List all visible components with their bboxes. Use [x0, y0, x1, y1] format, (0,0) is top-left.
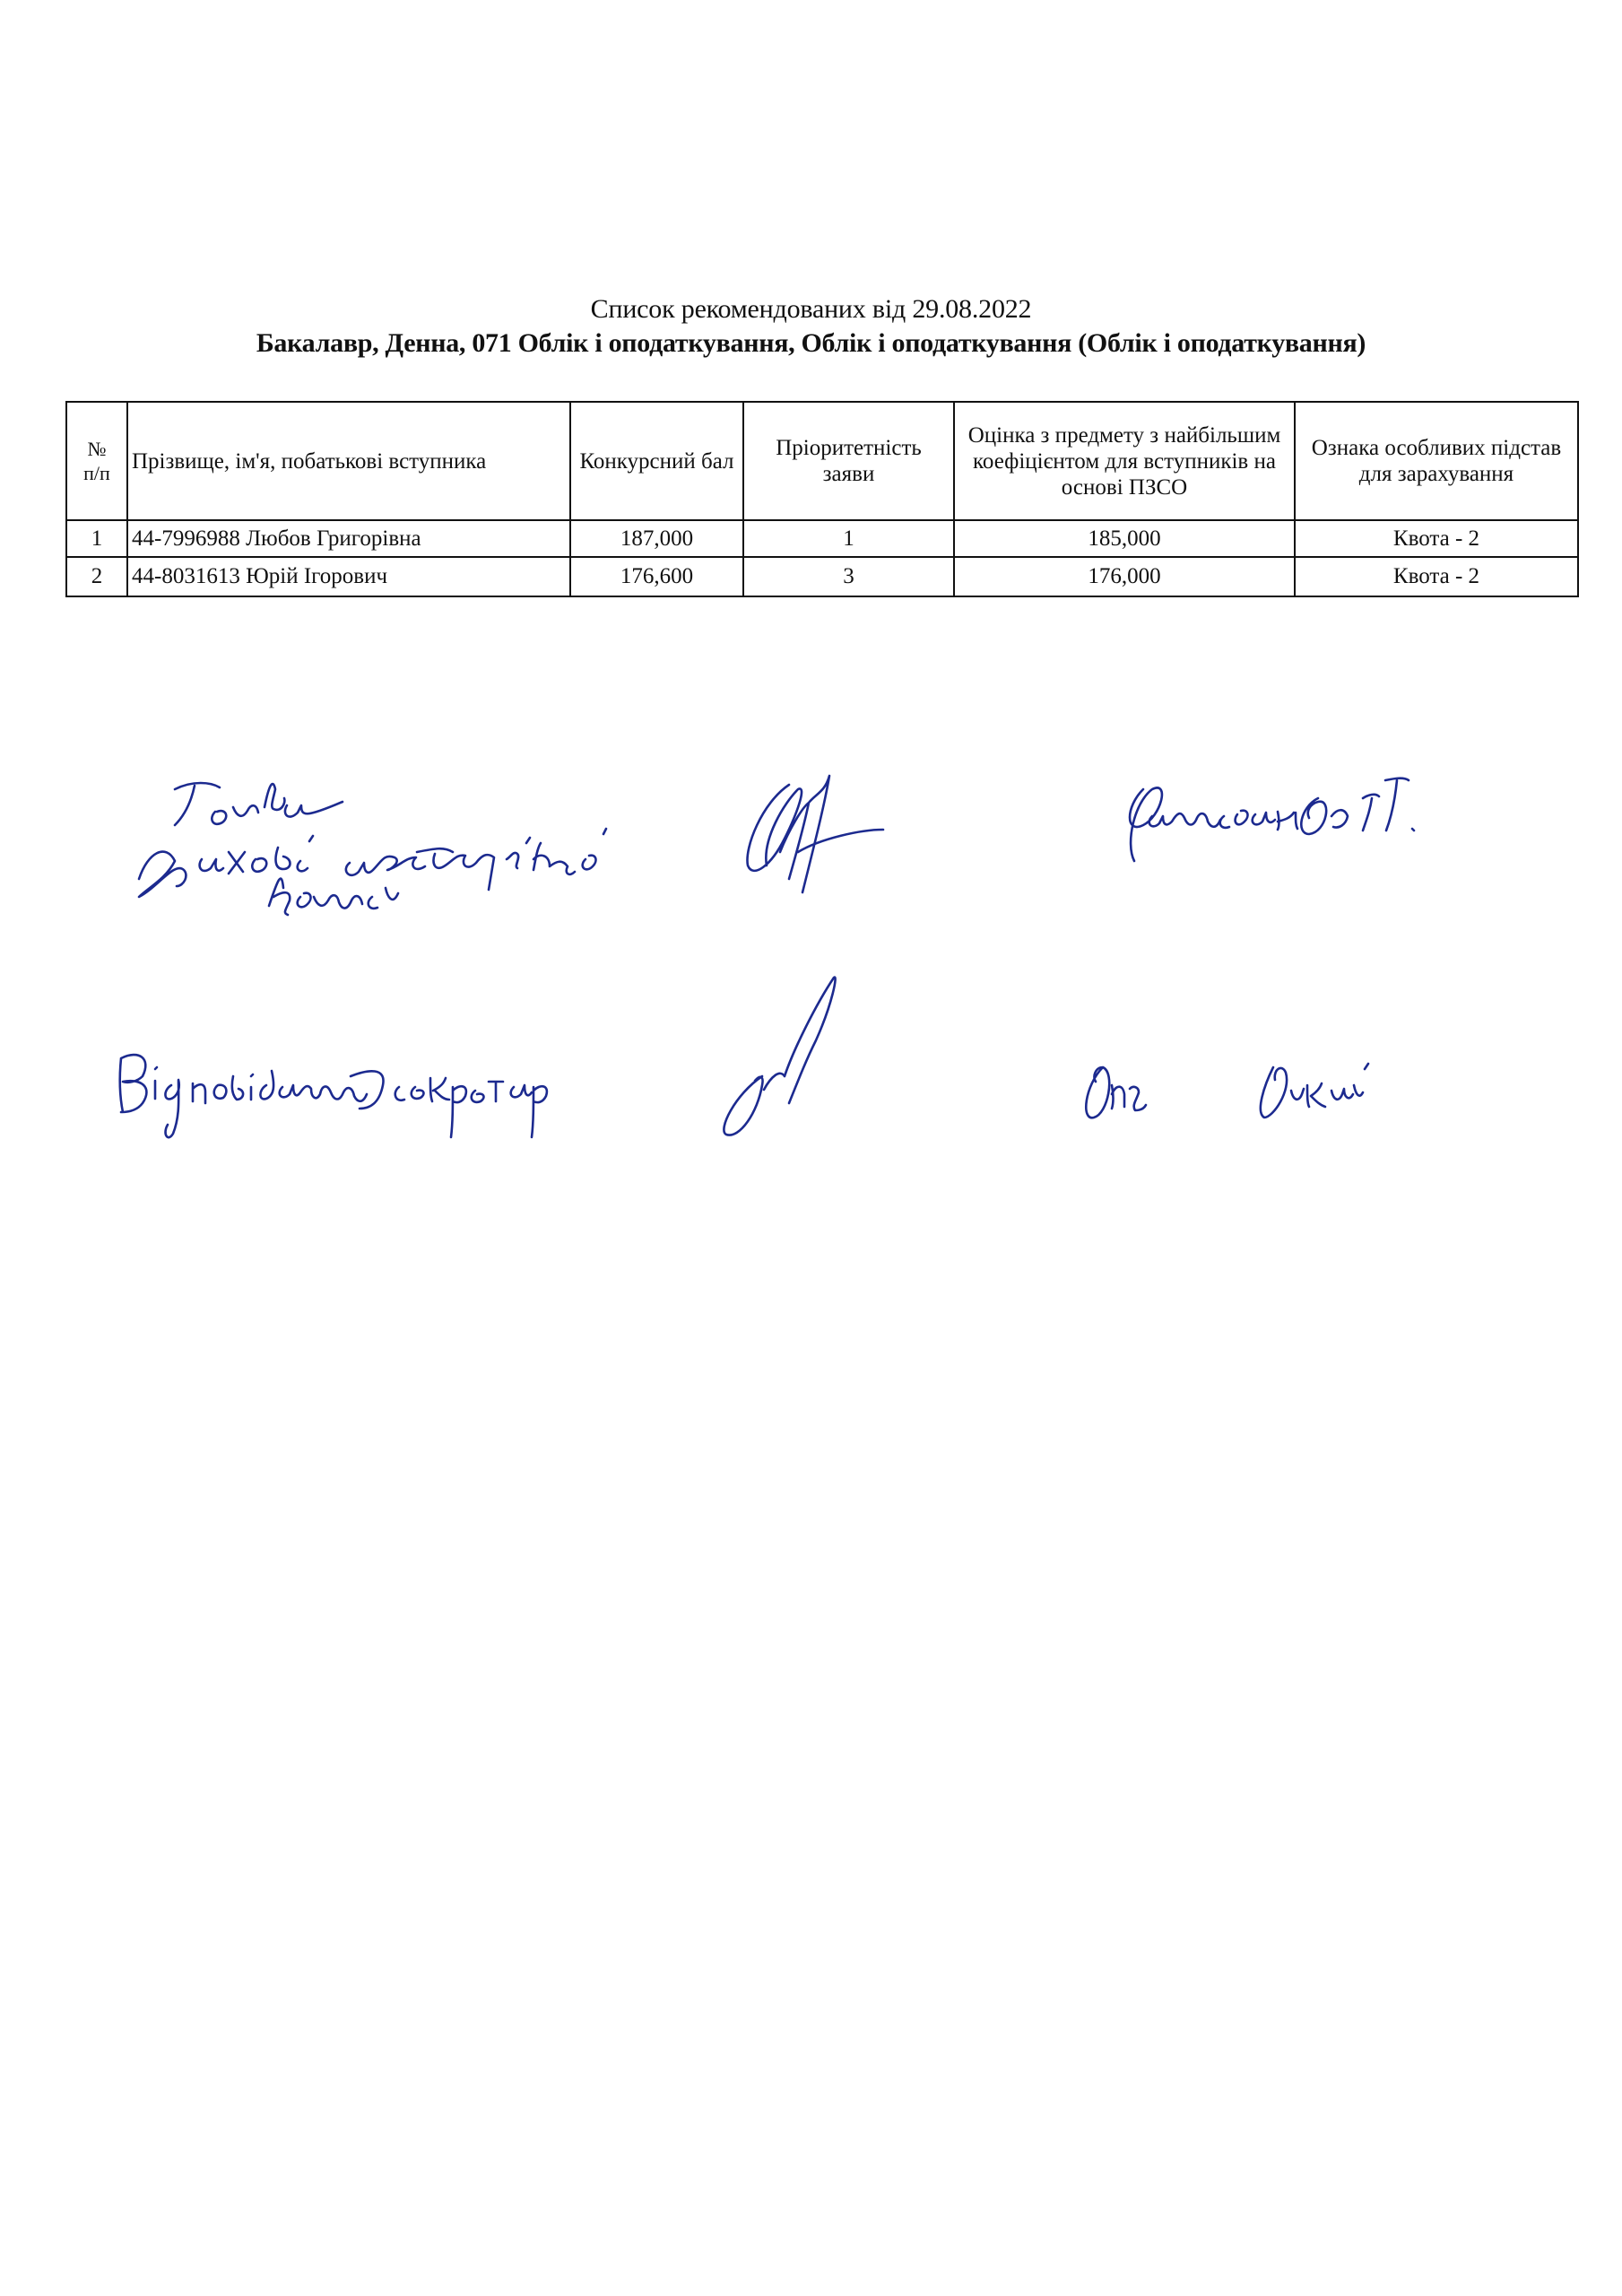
cell-subject-score: 176,000 — [954, 557, 1295, 596]
header-score: Конкурсний бал — [570, 402, 743, 520]
header-name: Прізвище, ім'я, побатькові вступника — [127, 402, 570, 520]
cell-priority: 1 — [743, 520, 954, 557]
cell-score: 187,000 — [570, 520, 743, 557]
header-subject-score: Оцінка з предмету з найбільшим коефіцієн… — [954, 402, 1295, 520]
table-row: 1 44-7996988 Любов Григорівна 187,000 1 … — [66, 520, 1578, 557]
handwritten-head-role: Голова фахової атестаційної комісії — [112, 762, 668, 942]
handwritten-secretary-role: Відповідальний секретар — [112, 1022, 650, 1148]
cell-special-grounds: Квота - 2 — [1295, 520, 1578, 557]
signature-secretary — [699, 969, 932, 1148]
header-special-grounds: Ознака особливих підстав для зарахування — [1295, 402, 1578, 520]
document-title: Список рекомендованих від 29.08.2022 — [0, 294, 1622, 325]
recommended-list-table: №п/п Прізвище, ім'я, побатькові вступник… — [65, 401, 1579, 597]
cell-no: 2 — [66, 557, 127, 596]
cell-special-grounds: Квота - 2 — [1295, 557, 1578, 596]
cell-priority: 3 — [743, 557, 954, 596]
handwritten-secretary-name: Олег Дикий — [1076, 1040, 1506, 1130]
cell-name: 44-7996988 Любов Григорівна — [127, 520, 570, 557]
cell-score: 176,600 — [570, 557, 743, 596]
cell-name: 44-8031613 Юрій Ігорович — [127, 557, 570, 596]
cell-no: 1 — [66, 520, 127, 557]
handwritten-head-name: Данилюк В.Г. — [1116, 762, 1547, 870]
table-row: 2 44-8031613 Юрій Ігорович 176,600 3 176… — [66, 557, 1578, 596]
cell-subject-score: 185,000 — [954, 520, 1295, 557]
document-subtitle: Бакалавр, Денна, 071 Облік і оподаткуван… — [0, 328, 1622, 359]
header-priority: Пріоритетність заяви — [743, 402, 954, 520]
signature-head — [735, 767, 968, 892]
table-header-row: №п/п Прізвище, ім'я, побатькові вступник… — [66, 402, 1578, 520]
header-no: №п/п — [66, 402, 127, 520]
